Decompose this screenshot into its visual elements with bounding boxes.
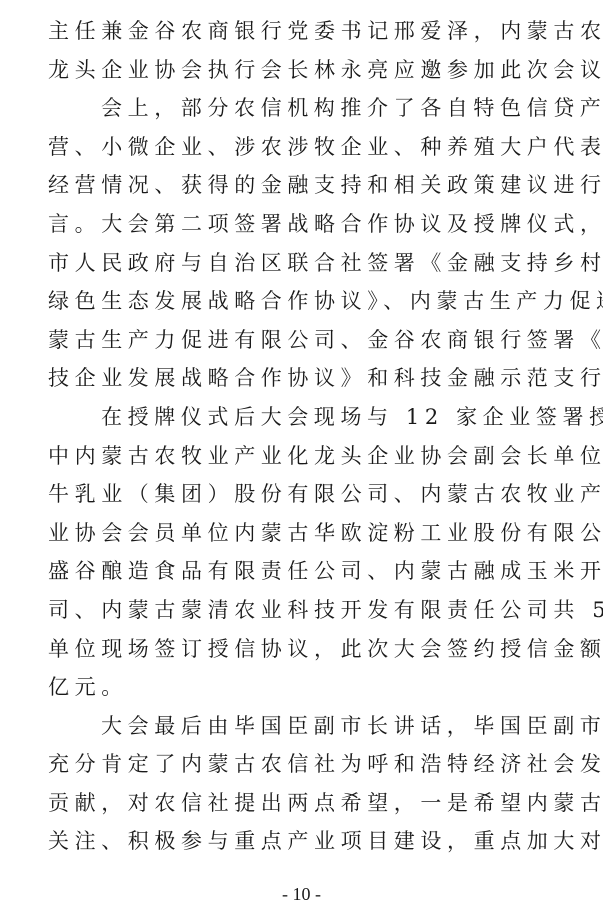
document-body: 主任兼金谷农商银行党委书记邢爱泽，内蒙古农牧业产业化 龙头企业协会执行会长林永亮… bbox=[48, 12, 558, 861]
text-line: 市人民政府与自治区联合社签署《金融支持乡村振兴发展和 bbox=[48, 244, 558, 283]
text-line: 主任兼金谷农商银行党委书记邢爱泽，内蒙古农牧业产业化 bbox=[48, 12, 558, 51]
text-line: 盛谷酿造食品有限责任公司、内蒙古融成玉米开发有限公 bbox=[48, 552, 558, 591]
paragraph-2: 会上，部分农信机构推介了各自特色信贷产品，部分民 营、小微企业、涉农涉牧企业、种… bbox=[48, 89, 558, 398]
text-line: 关注、积极参与重点产业项目建设，重点加大对战略性新兴 bbox=[48, 822, 558, 861]
text-line: 中内蒙古农牧业产业化龙头企业协会副会长单位内蒙古蒙 bbox=[48, 437, 558, 476]
paragraph-3: 在授牌仪式后大会现场与 12 家企业签署授信协议，其 中内蒙古农牧业产业化龙头企… bbox=[48, 398, 558, 707]
text-line: 绿色生态发展战略合作协议》、内蒙古生产力促进中心、内 bbox=[48, 282, 558, 321]
page-number: - 10 - bbox=[0, 884, 603, 905]
text-line: 营、小微企业、涉农涉牧企业、种养殖大户代表分别就各自 bbox=[48, 128, 558, 167]
text-line: 技企业发展战略合作协议》和科技金融示范支行授牌仪式。 bbox=[48, 359, 558, 398]
text-line: 亿元。 bbox=[48, 668, 558, 707]
paragraph-1: 主任兼金谷农商银行党委书记邢爱泽，内蒙古农牧业产业化 龙头企业协会执行会长林永亮… bbox=[48, 12, 558, 89]
text-line: 在授牌仪式后大会现场与 12 家企业签署授信协议，其 bbox=[48, 398, 558, 437]
paragraph-4: 大会最后由毕国臣副市长讲话，毕国臣副市长在讲话中 充分肯定了内蒙古农信社为呼和浩… bbox=[48, 707, 558, 861]
text-line: 充分肯定了内蒙古农信社为呼和浩特经济社会发展做出的 bbox=[48, 745, 558, 784]
text-line: 司、内蒙古蒙清农业科技开发有限责任公司共 5 家协会会员 bbox=[48, 591, 558, 630]
text-line: 言。大会第二项签署战略合作协议及授牌仪式，由呼和浩特 bbox=[48, 205, 558, 244]
text-line: 大会最后由毕国臣副市长讲话，毕国臣副市长在讲话中 bbox=[48, 707, 558, 746]
text-line: 贡献，对农信社提出两点希望，一是希望内蒙古农信社重点 bbox=[48, 784, 558, 823]
text-line: 蒙古生产力促进有限公司、金谷农商银行签署《金融助力科 bbox=[48, 321, 558, 360]
text-line: 单位现场签订授信协议，此次大会签约授信金额达到 13.26 bbox=[48, 630, 558, 669]
text-line: 龙头企业协会执行会长林永亮应邀参加此次会议。 bbox=[48, 51, 558, 90]
text-line: 牛乳业（集团）股份有限公司、内蒙古农牧业产业化龙头企 bbox=[48, 475, 558, 514]
text-line: 业协会会员单位内蒙古华欧淀粉工业股份有限公司、内蒙古 bbox=[48, 514, 558, 553]
text-line: 会上，部分农信机构推介了各自特色信贷产品，部分民 bbox=[48, 89, 558, 128]
text-line: 经营情况、获得的金融支持和相关政策建议进行了交流发 bbox=[48, 166, 558, 205]
